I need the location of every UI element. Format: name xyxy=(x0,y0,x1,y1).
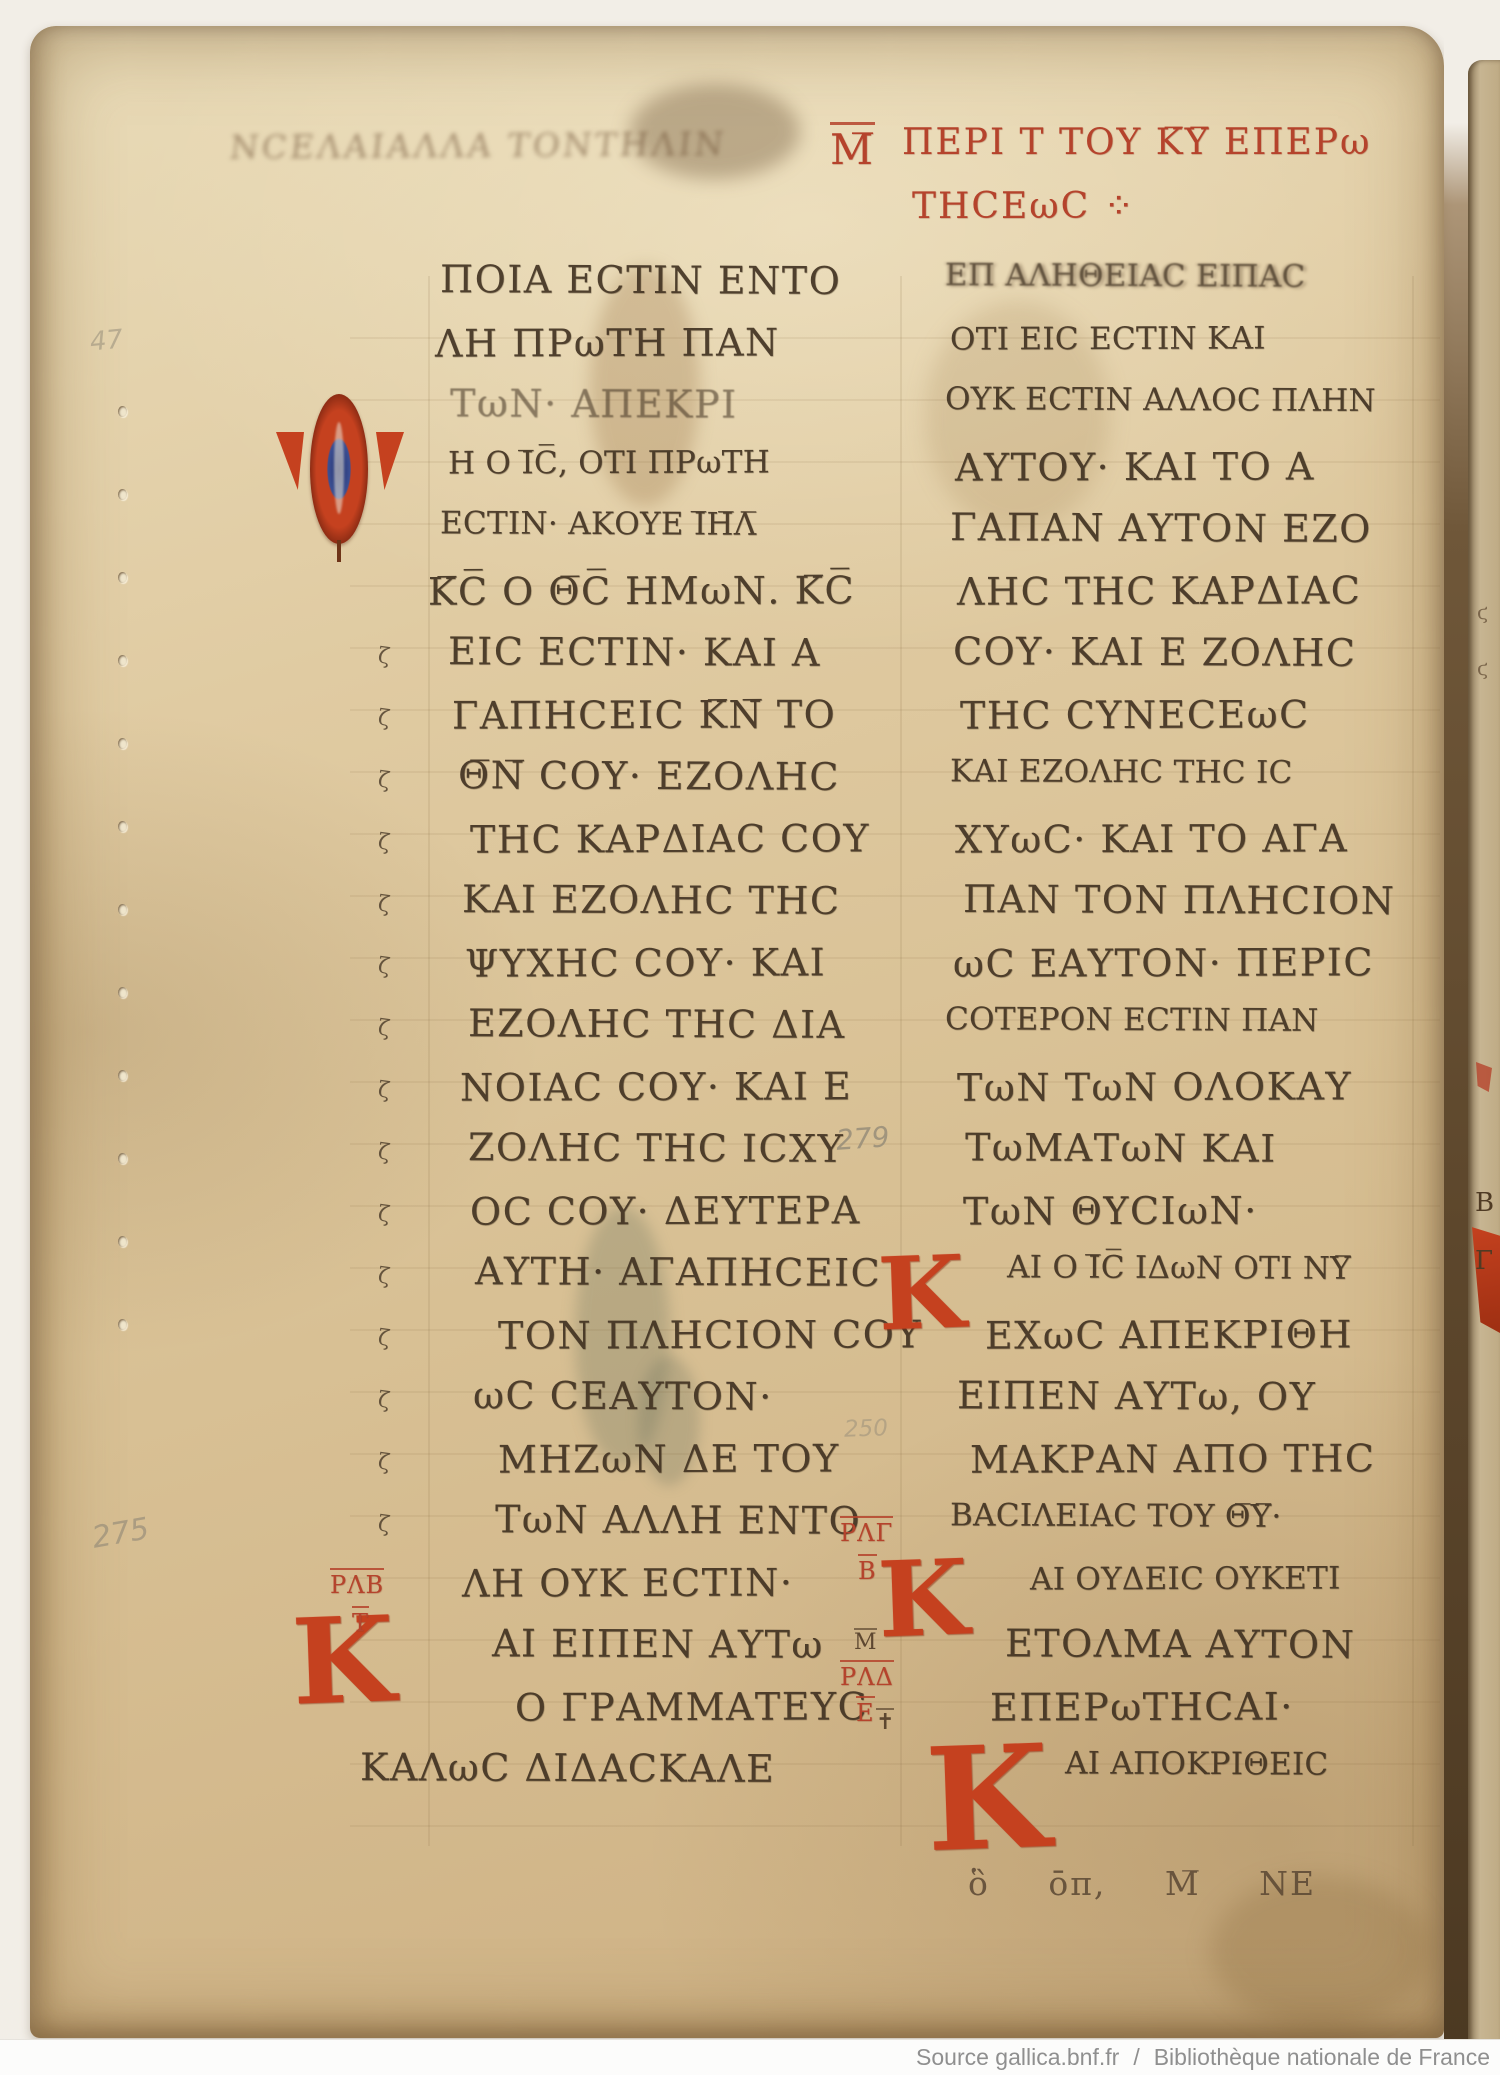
manuscript-line: ΚΑΛωC ΔΙΔΑCΚΑΛΕ xyxy=(410,1746,910,1808)
line-text: ΑΥΤΗ· ΑΓΑΠΗCΕΙC xyxy=(475,1249,881,1295)
manuscript-line: ΑΙ ΕΙΠΕΝ ΑΥΤω xyxy=(410,1622,910,1684)
manuscript-line: ΕΠ ΑΛΗΘΕΙΑC ΕΙΠΑC xyxy=(915,258,1435,320)
manuscript-line: ΤωΜΑΤωΝ ΚΑΙ xyxy=(915,1126,1435,1188)
pencil-folio-number: 47 xyxy=(89,324,125,357)
pricking-hole xyxy=(118,821,127,832)
line-text: ΠΑΝ ΤΟΝ ΠΛΗCΙΟΝ xyxy=(963,877,1396,923)
manuscript-line: ΕΙΠΕΝ ΑΥΤω, ΟΥ xyxy=(915,1374,1435,1436)
ornamental-initial-theta xyxy=(286,394,406,564)
margin-mark: Μ xyxy=(854,1628,877,1655)
line-text: ΕCΤΙΝ· ΑΚΟΥΕ Ι̅Η̅Λ̅ xyxy=(440,505,757,542)
line-text: ΤωΝ ΘΥCΙωΝ· xyxy=(963,1188,1258,1233)
line-text: ΑΙ ΟΥΔΕΙC ΟΥΚΕΤΙ xyxy=(1030,1560,1341,1597)
line-text: ΚΑΛωC ΔΙΔΑCΚΑΛΕ xyxy=(360,1745,776,1791)
manuscript-line: ζΝΟΙΑC CΟΥ· ΚΑΙ Ε xyxy=(410,1064,910,1126)
pencil-folio-number: 279 xyxy=(835,1120,891,1157)
line-text: ΑΙ Ο Ι̅C̅ ΙΔωΝ ΟΤΙ ΝΥ̅ xyxy=(1007,1249,1351,1287)
manuscript-line: ζωC CΕΑΥΤΟΝ· xyxy=(410,1374,910,1436)
eusebian-section-note: Τ xyxy=(352,1606,369,1637)
manuscript-line: CΟΥ· ΚΑΙ Ε ΖΟΛΗC xyxy=(915,630,1435,692)
bottom-quire-note: ὃ ōπ, Μ̅ ΝΕ xyxy=(968,1864,1316,1903)
line-text: ΒΑCΙΛΕΙΑC ΤΟΥ Θ̅Υ̅· xyxy=(950,1497,1282,1534)
line-text: ΖΟΛΗC ΤΗC ΙCΧΥ xyxy=(468,1125,844,1171)
pricking-hole xyxy=(118,1236,127,1247)
manuscript-page: ΝϹΕΛΑΙΑΛΛΑ ΤΟΝΤΗΛΙΝ Μ̅ ΠΕΡΙ Τ ΤΟΥ Κ̅Υ̅ Ε… xyxy=(30,26,1444,2038)
pricking-hole xyxy=(118,406,127,417)
pricking-hole xyxy=(118,572,127,583)
line-text: Ο ΓΡΑΜΜΑΤΕΥC xyxy=(515,1684,868,1729)
line-text: Η Ο Ι̅C̅, ΟΤΙ ΠΡωΤΗ xyxy=(448,444,770,481)
manuscript-line: CΟΤΕΡΟΝ ΕCΤΙΝ ΠΑΝ xyxy=(915,1002,1435,1064)
manuscript-line: ΕΧωC ΑΠΕΚΡΙΘΗ xyxy=(915,1312,1435,1374)
manuscript-line: ζΤΟΝ ΠΛΗCΙΟΝ CΟΥ xyxy=(410,1312,910,1374)
line-text: ΤΟΝ ΠΛΗCΙΟΝ CΟΥ xyxy=(498,1312,922,1357)
line-text: ΕΧωC ΑΠΕΚΡΙΘΗ xyxy=(985,1312,1353,1357)
kephalaion-title-line1: ΠΕΡΙ Τ ΤΟΥ Κ̅Υ̅ ΕΠΕΡω xyxy=(902,122,1371,163)
manuscript-line: ωC ΕΑΥΤΟΝ· ΠΕΡΙC xyxy=(915,940,1435,1002)
eusebian-section-note: ΡΛΒ xyxy=(330,1568,384,1599)
initial-kappa: Κ xyxy=(876,1550,970,1647)
pricking-hole xyxy=(118,489,127,500)
right-column: ΕΠ ΑΛΗΘΕΙΑC ΕΙΠΑCΟΤΙ ΕΙC ΕCΤΙΝ ΚΑΙΟΥΚ ΕC… xyxy=(915,258,1435,1808)
line-text: ΧΥωC· ΚΑΙ ΤΟ ΑΓΑ xyxy=(955,816,1348,861)
manuscript-line: ζΕΖΟΛΗC ΤΗC ΔΙΑ xyxy=(410,1002,910,1064)
line-text: CΟΤΕΡΟΝ ΕCΤΙΝ ΠΑΝ xyxy=(945,1001,1319,1039)
facing-red-mark xyxy=(1476,1062,1492,1092)
ornament-left-wedge xyxy=(276,432,304,490)
eusebian-section-note: Β xyxy=(858,1554,877,1585)
line-text: ΚΑΙ ΕΖΟΛΗC ΤΗC xyxy=(462,877,841,923)
facing-page-letter: Γ xyxy=(1475,1246,1493,1276)
eusebian-section-note: ΡΛΓ xyxy=(840,1516,893,1547)
line-text: ΤωΝ ΤωΝ ΟΛΟΚΑΥ xyxy=(957,1064,1352,1109)
pricking-hole xyxy=(118,1153,127,1164)
line-text: ΨΥΧΗC CΟΥ· ΚΑΙ xyxy=(465,940,826,985)
pricking-hole xyxy=(118,904,127,915)
line-text: Κ̅C̅ Ο Θ̅C̅ ΗΜωΝ. Κ̅C̅ xyxy=(428,568,855,613)
pricking-hole xyxy=(118,738,127,749)
manuscript-line: ζΟC CΟΥ· ΔΕΥΤΕΡΑ xyxy=(410,1188,910,1250)
facing-page-letter: Β xyxy=(1475,1188,1494,1218)
manuscript-line: ΟΤΙ ΕΙC ΕCΤΙΝ ΚΑΙ xyxy=(915,320,1435,382)
gutter-shadow xyxy=(1444,0,1468,2049)
line-text: ΕΠ ΑΛΗΘΕΙΑC ΕΙΠΑC xyxy=(945,257,1306,295)
line-text: CΟΥ· ΚΑΙ Ε ΖΟΛΗC xyxy=(953,629,1357,675)
line-text: ΤωΜΑΤωΝ ΚΑΙ xyxy=(965,1125,1277,1170)
line-text: ΕΙΠΕΝ ΑΥΤω, ΟΥ xyxy=(957,1373,1316,1419)
manuscript-line: ζΨΥΧΗC CΟΥ· ΚΑΙ xyxy=(410,940,910,1002)
manuscript-line: ΕCΤΙΝ· ΑΚΟΥΕ Ι̅Η̅Λ̅ xyxy=(410,506,910,568)
manuscript-line: ΒΑCΙΛΕΙΑC ΤΟΥ Θ̅Υ̅· xyxy=(915,1498,1435,1560)
manuscript-line: ΠΑΝ ΤΟΝ ΠΛΗCΙΟΝ xyxy=(915,878,1435,940)
line-text: ΤΗC ΚΑΡΔΙΑC CΟΥ xyxy=(470,816,870,861)
manuscript-line: ζΤΗC ΚΑΡΔΙΑC CΟΥ xyxy=(410,816,910,878)
line-text: ΑΥΤΟΥ· ΚΑΙ ΤΟ Α xyxy=(955,444,1315,489)
line-text: ΓΑΠΗCΕΙC Κ̅Ν̅ ΤΟ xyxy=(452,692,836,737)
facing-page-edge: ΒΓϛϛ xyxy=(1468,60,1500,2049)
line-text: ΠΟΙΑ ΕCΤΙΝ ΕΝΤΟ xyxy=(440,257,842,303)
margin-mark: ✝ xyxy=(876,1708,894,1735)
footer-separator: / xyxy=(1133,2044,1139,2071)
manuscript-line: ΛΗC ΤΗC ΚΑΡΔΙΑC xyxy=(915,568,1435,630)
manuscript-line: ΤΗC CΥΝΕCΕωC xyxy=(915,692,1435,754)
left-column: ΠΟΙΑ ΕCΤΙΝ ΕΝΤΟΛΗ ΠΡωΤΗ ΠΑΝΤωΝ· ΑΠΕΚΡΙΗ … xyxy=(410,258,910,1808)
manuscript-line: ΛΗ ΟΥΚ ΕCΤΙΝ· xyxy=(410,1560,910,1622)
gallica-scan-viewport: ΝϹΕΛΑΙΑΛΛΑ ΤΟΝΤΗΛΙΝ Μ̅ ΠΕΡΙ Τ ΤΟΥ Κ̅Υ̅ Ε… xyxy=(0,0,1500,2075)
line-text: ωC ΕΑΥΤΟΝ· ΠΕΡΙC xyxy=(953,940,1374,985)
kephalaion-title-line2: ΤΗCΕωC ⁘ xyxy=(912,186,1136,227)
kephalaion-number: Μ̅ xyxy=(830,122,875,174)
line-text: ΝΟΙΑC CΟΥ· ΚΑΙ Ε xyxy=(460,1064,852,1109)
manuscript-line: Ο ΓΡΑΜΜΑΤΕΥC xyxy=(410,1684,910,1746)
eusebian-section-note: ΡΛΔ xyxy=(840,1660,894,1691)
pricking-hole xyxy=(118,655,127,666)
facing-red-initial xyxy=(1472,1225,1500,1333)
source-footer: Source gallica.bnf.fr / Bibliothèque nat… xyxy=(0,2039,1500,2075)
manuscript-line: ΤωΝ· ΑΠΕΚΡΙ xyxy=(410,382,910,444)
line-text: ΕΤΟΛΜΑ ΑΥΤΟΝ xyxy=(1005,1621,1356,1667)
footer-institution-text: Bibliothèque nationale de France xyxy=(1154,2044,1490,2071)
manuscript-line: ΑΥΤΟΥ· ΚΑΙ ΤΟ Α xyxy=(915,444,1435,506)
manuscript-line: ζΘ̅Ν̅ CΟΥ· ΕΖΟΛΗC xyxy=(410,754,910,816)
manuscript-line: Κ̅C̅ Ο Θ̅C̅ ΗΜωΝ. Κ̅C̅ xyxy=(410,568,910,630)
line-text: ΑΙ ΕΙΠΕΝ ΑΥΤω xyxy=(492,1621,824,1666)
line-text: ΤωΝ ΑΛΛΗ ΕΝΤΟ xyxy=(495,1497,861,1543)
manuscript-line: ΑΙ ΟΥΔΕΙC ΟΥΚΕΤΙ xyxy=(915,1560,1435,1622)
line-text: ΜΑΚΡΑΝ ΑΠΟ ΤΗC xyxy=(970,1436,1376,1481)
line-text: ΕΖΟΛΗC ΤΗC ΔΙΑ xyxy=(468,1001,846,1047)
pricking-hole xyxy=(118,1319,127,1330)
line-text: ωC CΕΑΥΤΟΝ· xyxy=(473,1373,773,1418)
line-text: ΛΗ ΠΡωΤΗ ΠΑΝ xyxy=(435,320,780,365)
footer-source-text: Source gallica.bnf.fr xyxy=(916,2044,1119,2071)
ornament-right-wedge xyxy=(376,432,404,490)
manuscript-line: Η Ο Ι̅C̅, ΟΤΙ ΠΡωΤΗ xyxy=(410,444,910,506)
manuscript-line: ΧΥωC· ΚΑΙ ΤΟ ΑΓΑ xyxy=(915,816,1435,878)
line-text: Θ̅Ν̅ CΟΥ· ΕΖΟΛΗC xyxy=(458,753,840,799)
manuscript-line: ΤωΝ ΘΥCΙωΝ· xyxy=(915,1188,1435,1250)
manuscript-line: ΓΑΠΑΝ ΑΥΤΟΝ ΕΖΟ xyxy=(915,506,1435,568)
manuscript-line: ΑΙ Ο Ι̅C̅ ΙΔωΝ ΟΤΙ ΝΥ̅ xyxy=(915,1250,1435,1312)
manuscript-line: ΕΤΟΛΜΑ ΑΥΤΟΝ xyxy=(915,1622,1435,1684)
facing-page-mark: ϛ xyxy=(1477,656,1488,680)
line-text: ΟC CΟΥ· ΔΕΥΤΕΡΑ xyxy=(470,1188,861,1233)
initial-kappa: Κ xyxy=(290,1606,396,1716)
manuscript-line: ΤωΝ ΤωΝ ΟΛΟΚΑΥ xyxy=(915,1064,1435,1126)
initial-kappa: Κ xyxy=(876,1247,966,1340)
initial-kappa: Κ xyxy=(924,1734,1052,1866)
manuscript-line: ΠΟΙΑ ΕCΤΙΝ ΕΝΤΟ xyxy=(410,258,910,320)
line-text: ΜΗΖωΝ ΔΕ ΤΟΥ xyxy=(498,1436,840,1481)
pencil-folio-number: 275 xyxy=(89,1511,151,1555)
line-text: ΚΑΙ ΕΖΟΛΗC ΤΗC ΙC xyxy=(950,753,1293,790)
line-text: ΑΙ ΑΠΟΚΡΙΘΕΙC xyxy=(1065,1745,1329,1782)
manuscript-line: ζΜΗΖωΝ ΔΕ ΤΟΥ xyxy=(410,1436,910,1498)
line-text: ΛΗC ΤΗC ΚΑΡΔΙΑC xyxy=(957,568,1361,613)
eusebian-section-note: Ε xyxy=(856,1696,875,1727)
line-text: ΓΑΠΑΝ ΑΥΤΟΝ ΕΖΟ xyxy=(950,505,1372,551)
line-text: ΛΗ ΟΥΚ ΕCΤΙΝ· xyxy=(462,1560,794,1605)
pricking-hole xyxy=(118,987,127,998)
manuscript-line: ζΕΙC ΕCΤΙΝ· ΚΑΙ Α xyxy=(410,630,910,692)
pricking-hole xyxy=(118,1070,127,1081)
ink-offset-smudge: ΝϹΕΛΑΙΑΛΛΑ ΤΟΝΤΗΛΙΝ xyxy=(228,124,728,166)
manuscript-line: ζΚΑΙ ΕΖΟΛΗC ΤΗC xyxy=(410,878,910,940)
line-text: ΤΗC CΥΝΕCΕωC xyxy=(960,692,1310,737)
manuscript-line: ζΤωΝ ΑΛΛΗ ΕΝΤΟ xyxy=(410,1498,910,1560)
manuscript-line: ζΓΑΠΗCΕΙC Κ̅Ν̅ ΤΟ xyxy=(410,692,910,754)
manuscript-line: ΚΑΙ ΕΖΟΛΗC ΤΗC ΙC xyxy=(915,754,1435,816)
line-text: ΤωΝ· ΑΠΕΚΡΙ xyxy=(450,381,738,426)
line-text: ΟΤΙ ΕΙC ΕCΤΙΝ ΚΑΙ xyxy=(950,320,1266,357)
line-text: ΕΙC ΕCΤΙΝ· ΚΑΙ Α xyxy=(448,629,821,675)
ornament-lens xyxy=(310,394,368,544)
facing-page-mark: ϛ xyxy=(1477,600,1488,624)
manuscript-line: ΛΗ ΠΡωΤΗ ΠΑΝ xyxy=(410,320,910,382)
ornament-stem xyxy=(337,540,341,562)
pencil-folio-number: 250 xyxy=(844,1415,889,1443)
manuscript-line: ζΑΥΤΗ· ΑΓΑΠΗCΕΙC xyxy=(410,1250,910,1312)
line-text: ΟΥΚ ΕCΤΙΝ ΑΛΛΟC ΠΛΗΝ xyxy=(945,381,1376,419)
manuscript-line: ΟΥΚ ΕCΤΙΝ ΑΛΛΟC ΠΛΗΝ xyxy=(915,382,1435,444)
manuscript-line: ΜΑΚΡΑΝ ΑΠΟ ΤΗC xyxy=(915,1436,1435,1498)
